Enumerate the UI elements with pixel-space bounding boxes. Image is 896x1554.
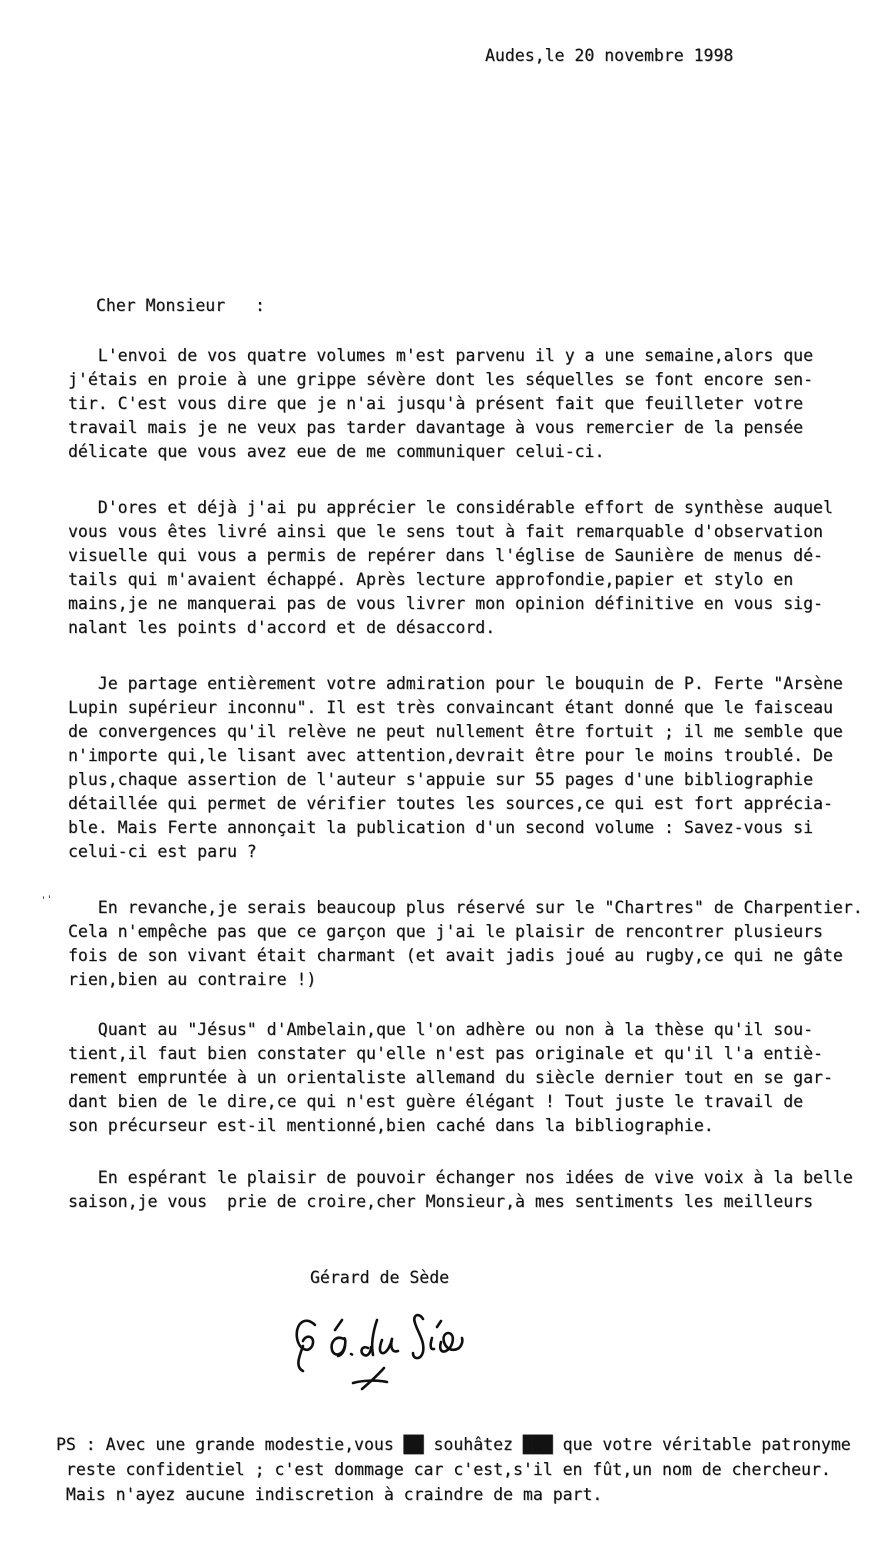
dateline: Audes,le 20 novembre 1998	[485, 44, 733, 68]
salutation: Cher Monsieur :	[96, 294, 265, 318]
margin-ink-mark: ''	[40, 895, 53, 907]
signature-stroke	[413, 1315, 423, 1358]
signature-stroke	[351, 1354, 352, 1355]
signature-stroke	[391, 1339, 398, 1351]
letter-page: Audes,le 20 novembre 1998 Cher Monsieur …	[0, 0, 896, 1554]
signature-stroke	[298, 1346, 303, 1371]
signature-stroke	[440, 1333, 462, 1352]
typed-signature-name: Gérard de Sède	[310, 1266, 449, 1290]
signature-stroke	[335, 1320, 342, 1330]
signature-stroke	[361, 1347, 371, 1355]
closing-paragraph: En espérant le plaisir de pouvoir échang…	[68, 1166, 853, 1214]
paragraph-4: En revanche,je serais beaucoup plus rése…	[68, 896, 863, 992]
postscript: PS : Avec une grande modestie,vous ██ so…	[56, 1432, 851, 1507]
signature-stroke	[437, 1321, 441, 1327]
signature-stroke	[297, 1321, 315, 1350]
signature-stroke	[372, 1320, 377, 1355]
signature-flourish	[362, 1368, 384, 1389]
paragraph-2: D'ores et déjà j'ai pu apprécier le cons…	[68, 496, 833, 640]
paragraph-3: Je partage entièrement votre admiration …	[68, 672, 843, 864]
paragraph-5: Quant au "Jésus" d'Ambelain,que l'on adh…	[68, 1018, 833, 1138]
signature-stroke	[431, 1338, 434, 1349]
handwritten-signature	[290, 1310, 470, 1395]
paragraph-1: L'envoi de vos quatre volumes m'est parv…	[68, 344, 813, 464]
